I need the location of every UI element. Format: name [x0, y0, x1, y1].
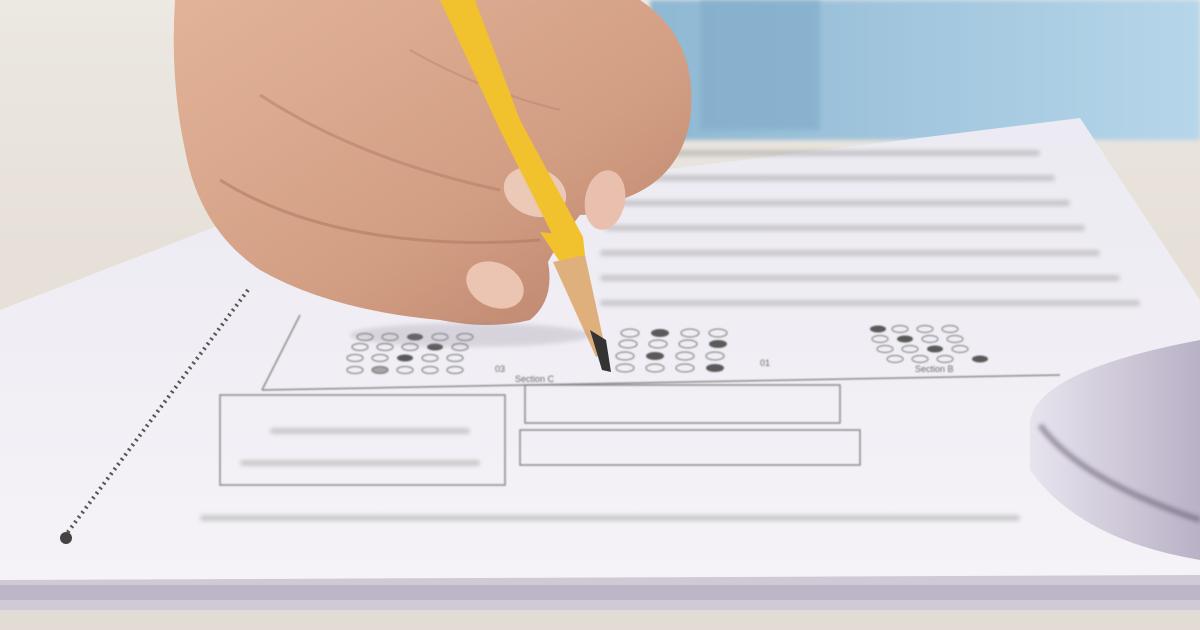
section-label: Section C	[515, 374, 555, 384]
section-label: Section B	[915, 364, 954, 374]
answer-sheet-photo: 03 01 Section C Section B	[0, 0, 1200, 630]
question-label: 03	[495, 364, 505, 374]
photo-scene: 03 01 Section C Section B	[0, 0, 1200, 630]
question-label: 01	[760, 358, 770, 368]
